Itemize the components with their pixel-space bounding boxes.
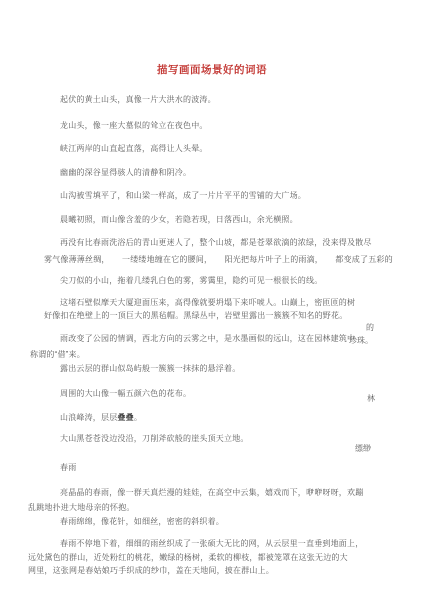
text-line: 远处黛色的群山，近处粉红的桃花，嫩绿的杨树，柔软的柳枝，都被笼罩在这张无边的大 xyxy=(28,552,348,563)
margin-fragment: 的 xyxy=(366,322,374,333)
margin-fragment: 林 xyxy=(367,393,375,404)
bold-text-segment: 叠叠 xyxy=(117,413,133,422)
text-line: 起伏的黄土山头，真像一片大洪水的波涛。 xyxy=(60,94,216,105)
text-line: 春雨不停地下着，细细的雨丝织成了一张硕大无比的网，从云层里一直垂到地面上， xyxy=(60,538,363,549)
text-line: 乱跳地扑进大地母亲的怀抱。 xyxy=(28,502,135,513)
margin-fragment: 珍珠。 xyxy=(349,335,373,346)
text-line: 好像扣在绝壁上的一顶巨大的黑毡帽。黑绿丛中，岩壁里露出一簇簇不知名的野花。 xyxy=(44,310,347,321)
text-line: 网里，这张网是春姑娘巧手织成的纱巾，盖在天地间，披在群山上。 xyxy=(28,565,274,576)
text-line: 周围的大山像一幅五颜六色的花布。 xyxy=(60,388,191,399)
text-line: 幽幽的深谷显得骇人的清静和阴冷。 xyxy=(60,167,191,178)
document-page: 描写画面场景好的词语 起伏的黄土山头，真像一片大洪水的波涛。 龙山头，像一座大墓… xyxy=(0,0,424,600)
text-line: 雨改变了公园的情调，西北方向的云雾之中，是水墨画似的远山，这在园林建筑中 xyxy=(60,333,355,344)
text-line: 大山黑苍苍没边没沿，刀削斧砍般的崖头顶天立地。 xyxy=(60,433,249,444)
text-line: 雾气像薄薄丝绸， 一缕缕地缠在它的腰间， 阳光把每片叶子上的雨滴， 都变成了五彩… xyxy=(44,254,393,265)
text-line: 龙山头，像一座大墓似的耸立在夜色中。 xyxy=(60,120,208,131)
text-line: 峡江两岸的山直起直落，高得让人头晕。 xyxy=(60,143,208,154)
text-line: 再没有比春雨洗浴后的青山更迷人了，整个山坡，都是苍翠欲滴的浓绿，没来得及散尽 xyxy=(60,237,372,248)
text-line-with-emphasis: 山浪峰涛，层层叠叠。 xyxy=(60,412,142,423)
text-line: 这堵石壁似摩天大厦迎面压来，高得像就要坍塌下来吓唬人。山巅上，密匝匝的树 xyxy=(60,297,355,308)
text-line: 春雨绵绵，像花针，如细丝，密密的斜织着。 xyxy=(60,516,224,527)
text-line: 尖刀似的小山，拖着几缕乳白色的雾，雾霭里，隐约可见一根很长的线。 xyxy=(60,275,322,286)
document-title: 描写画面场景好的词语 xyxy=(0,62,424,77)
text-line: 晨曦初照，而山像含羞的少女，若隐若现，日落西山，余光横照。 xyxy=(60,214,298,225)
text-segment: 山浪峰涛，层层 xyxy=(60,413,117,422)
text-line: 露出云层的群山似岛屿般一簇簇一抹抹的悬浮着。 xyxy=(60,363,240,374)
section-heading: 春雨 xyxy=(60,462,76,473)
text-line: 山沟被雪填平了，和山梁一样高，成了一片片平平的雪铺的大广场。 xyxy=(60,190,306,201)
text-segment: 。 xyxy=(134,413,142,422)
text-line: 亮晶晶的春雨，像一群天真烂漫的娃娃，在高空中云集，嬉戏而下，咿咿呀呀，欢蹦 xyxy=(60,487,363,498)
margin-fragment: 缥缈 xyxy=(355,443,371,454)
text-line: 称谓的“借”来。 xyxy=(30,349,85,360)
